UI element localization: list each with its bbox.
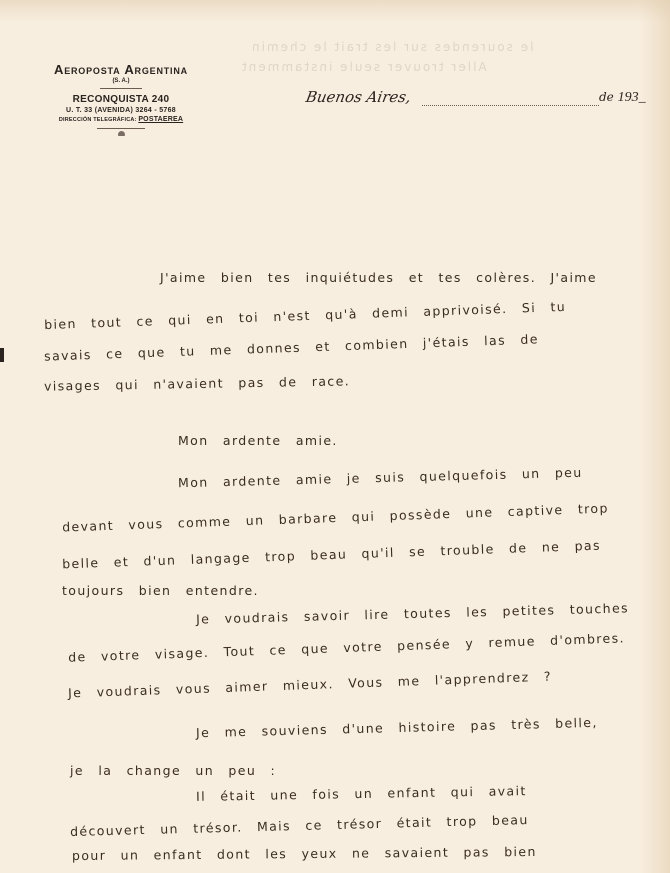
street-address: RECONQUISTA 240 bbox=[26, 94, 216, 105]
emblem-icon bbox=[118, 131, 125, 136]
letter-line: je la change un peu : bbox=[70, 763, 276, 778]
telegraph-address: POSTAEREA bbox=[138, 116, 183, 123]
letter-line: toujours bien entendre. bbox=[62, 583, 259, 598]
edge-mark bbox=[0, 348, 4, 362]
letter-line: Mon ardente amie. bbox=[178, 433, 338, 448]
letterhead: Aeroposta Argentina (S. A.) RECONQUISTA … bbox=[26, 62, 216, 136]
divider bbox=[97, 128, 145, 129]
year-field: de 193_ bbox=[599, 90, 646, 106]
divider bbox=[100, 88, 142, 89]
de-label: de bbox=[599, 90, 614, 104]
dateline: Buenos Aires, de 193_ bbox=[306, 88, 636, 110]
telegraph-label: DIRECCIÓN TELEGRÁFICA: bbox=[59, 117, 137, 123]
letter-line: J'aime bien tes inquiétudes et tes colèr… bbox=[160, 270, 597, 285]
telegraph-line: DIRECCIÓN TELEGRÁFICA: POSTAEREA bbox=[26, 116, 216, 123]
company-name: Aeroposta Argentina bbox=[26, 62, 216, 77]
bleed-through-line: Aller trouver seule instamment bbox=[240, 60, 487, 74]
city: Buenos Aires, bbox=[304, 88, 412, 106]
year: 193_ bbox=[618, 90, 646, 105]
phone-number: U. T. 33 (AVENIDA) 3264 - 5768 bbox=[26, 107, 216, 114]
date-blank bbox=[422, 105, 599, 106]
company-suffix: (S. A.) bbox=[26, 78, 216, 84]
bleed-through-line: le sourendes sur les trait le chemin bbox=[250, 40, 533, 54]
